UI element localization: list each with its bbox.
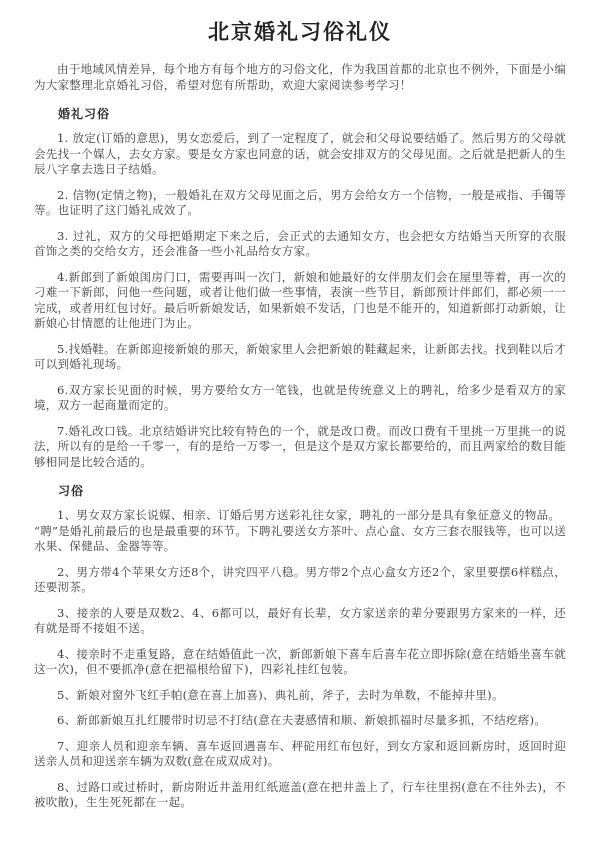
intro-paragraph: 由于地域风情差异，每个地方有每个地方的习俗文化，作为我国首都的北京也不例外，下面… <box>34 62 566 93</box>
customs-item-1: 1、男女双方家长说媒、相亲、订婚后男方送彩礼往女家，聘礼的一部分是具有象征意义的… <box>34 508 566 555</box>
customs-item-6: 6、新郎新娘互扎红腰带时切忌不打结(意在夫妻感情和顺、新娘抓福时尽量多抓，不结疙… <box>34 713 566 729</box>
document-page: 北京婚礼习俗礼仪 由于地域风情差异，每个地方有每个地方的习俗文化，作为我国首都的… <box>0 0 600 849</box>
page-title: 北京婚礼习俗礼仪 <box>34 16 566 46</box>
wedding-customs-item-5: 5.找婚鞋。在新郎迎接新娘的那天，新娘家里人会把新娘的鞋藏起来，让新郎去找。找到… <box>34 342 566 373</box>
customs-item-8: 8、过路口或过桥时，新房附近井盖用红纸遮盖(意在把井盖上了，行车往里拐(意在不往… <box>34 780 566 811</box>
section-heading-customs: 习俗 <box>34 482 566 499</box>
wedding-customs-item-7: 7.婚礼改口钱。北京结婚讲究比较有特色的一个，就是改口费。而改口费有千里挑一万里… <box>34 424 566 471</box>
section-heading-wedding-customs: 婚礼习俗 <box>34 105 566 122</box>
wedding-customs-item-2: 2. 信物(定情之物)，一般婚礼在双方父母见面之后，男方会给女方一个信物，一般是… <box>34 188 566 219</box>
wedding-customs-item-6: 6.双方家长见面的时候，男方要给女方一笔钱，也就是传统意义上的聘礼，给多少是看双… <box>34 383 566 414</box>
wedding-customs-item-3: 3. 过礼，双方的父母把婚期定下来之后，会正式的去通知女方，也会把女方结婚当天所… <box>34 229 566 260</box>
wedding-customs-item-4: 4.新郎到了新娘闺房门口，需要再叫一次门，新娘和她最好的女伴朋友们会在屋里等着，… <box>34 270 566 332</box>
wedding-customs-item-1: 1. 放定(订婚的意思)，男女恋爱后，到了一定程度了，就会和父母说要结婚了。然后… <box>34 131 566 178</box>
customs-item-3: 3、接亲的人要是双数2、4、6都可以，最好有长辈，女方家送亲的辈分要跟男方家来的… <box>34 606 566 637</box>
customs-item-4: 4、接亲时不走重复路，意在结婚值此一次，新郎新娘下喜车后喜车花立即拆除(意在结婚… <box>34 647 566 678</box>
customs-item-2: 2、男方带4个苹果女方还8个，讲究四平八稳。男方带2个点心盒女方还2个，家里要摆… <box>34 565 566 596</box>
customs-item-7: 7、迎亲人员和迎亲车辆、喜车返回遇喜车、秤砣用红布包好，到女方家和返回新房时，返… <box>34 739 566 770</box>
customs-item-5: 5、新娘对窗外飞红手帕(意在喜上加喜)、典礼前，斧子，去时为单数，不能掉井里)。 <box>34 688 566 704</box>
